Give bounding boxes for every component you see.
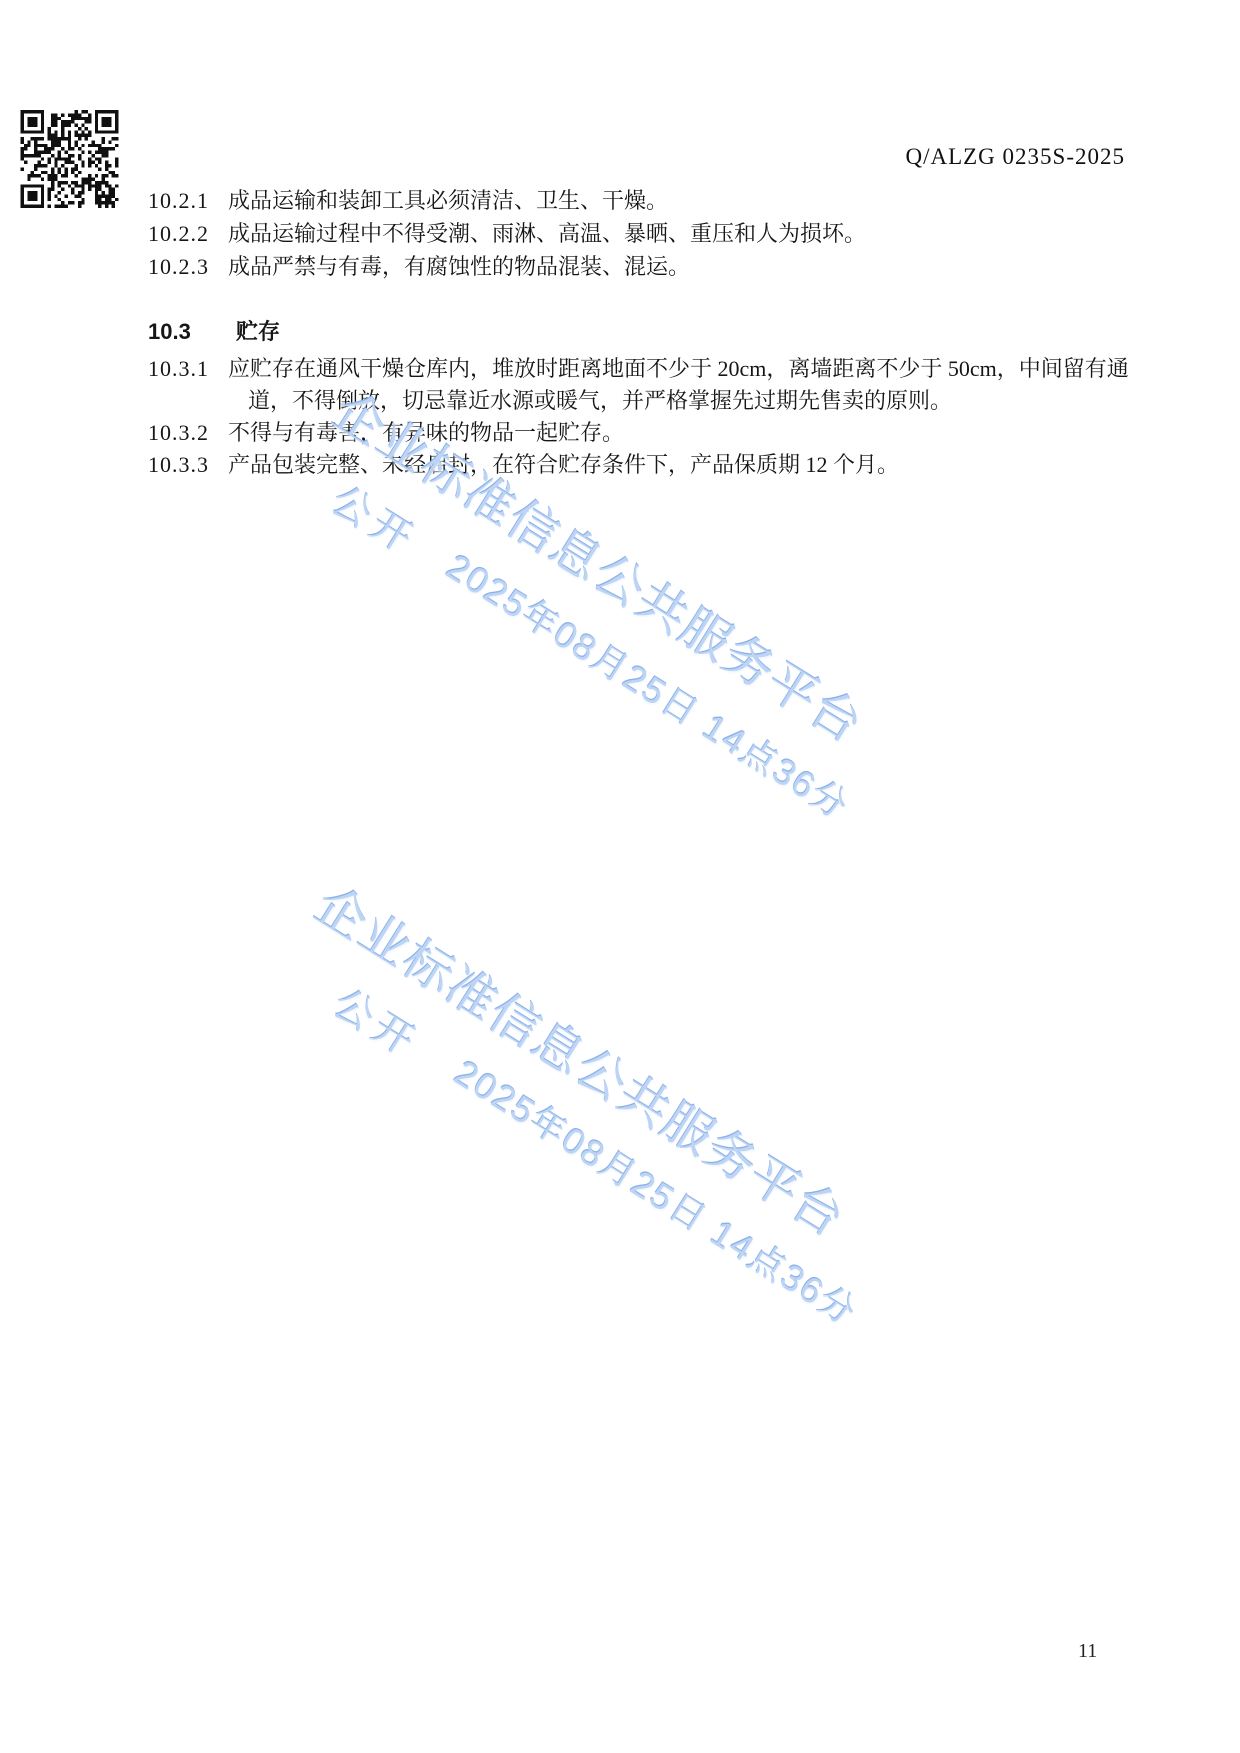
clause-text: 道，不得倒放，切忌靠近水源或暖气，并严格掌握先过期先售卖的原则。	[248, 388, 952, 413]
clause-text: 贮存	[236, 319, 280, 344]
clause-number: 10.2.2	[148, 221, 228, 247]
clause-heading: 10.3贮存	[148, 319, 280, 345]
clause-number: 10.2.3	[148, 254, 228, 280]
clause-text: 成品严禁与有毒，有腐蚀性的物品混装、混运。	[228, 254, 690, 279]
clause-text: 产品包装完整、未经启封，在符合贮存条件下，产品保质期 12 个月。	[228, 452, 899, 477]
document-page: Q/ALZG 0235S-2025 10.2.1成品运输和装卸工具必须清洁、卫生…	[0, 0, 1240, 1753]
watermark-public-label: 公开	[322, 470, 430, 567]
clause-number: 10.3.3	[148, 452, 228, 478]
clause-line: 10.2.2成品运输过程中不得受潮、雨淋、高温、暴晒、重压和人为损坏。	[148, 221, 866, 247]
clause-number: 10.3.2	[148, 420, 228, 446]
standard-number: Q/ALZG 0235S-2025	[905, 144, 1125, 170]
clause-line: 10.2.1成品运输和装卸工具必须清洁、卫生、干燥。	[148, 188, 668, 214]
clause-text: 不得与有毒害，有异味的物品一起贮存。	[228, 420, 624, 445]
clause-text: 成品运输和装卸工具必须清洁、卫生、干燥。	[228, 188, 668, 213]
clause-line: 10.3.1应贮存在通风干燥仓库内，堆放时距离地面不少于 20cm，离墙距离不少…	[148, 356, 1129, 382]
watermark-timestamp: 2025年08月25日 14点36分	[446, 1046, 868, 1336]
watermark-timestamp: 2025年08月25日 14点36分	[438, 540, 860, 830]
clause-line: 10.3.3产品包装完整、未经启封，在符合贮存条件下，产品保质期 12 个月。	[148, 452, 899, 478]
clause-number: 10.3	[148, 319, 236, 345]
watermark-public-label: 公开	[324, 973, 432, 1070]
clause-line: 10.3.2不得与有毒害，有异味的物品一起贮存。	[148, 420, 624, 446]
qr-code	[20, 110, 119, 208]
clause-line: 10.2.3成品严禁与有毒，有腐蚀性的物品混装、混运。	[148, 254, 690, 280]
clause-line: 道，不得倒放，切忌靠近水源或暖气，并严格掌握先过期先售卖的原则。	[248, 388, 952, 414]
watermark-platform-text: 企业标准信息公共服务平台	[304, 866, 861, 1251]
clause-text: 应贮存在通风干燥仓库内，堆放时距离地面不少于 20cm，离墙距离不少于 50cm…	[228, 356, 1129, 381]
clause-text: 成品运输过程中不得受潮、雨淋、高温、暴晒、重压和人为损坏。	[228, 221, 866, 246]
page-number: 11	[1078, 1640, 1097, 1663]
clause-number: 10.2.1	[148, 188, 228, 214]
clause-number: 10.3.1	[148, 356, 228, 382]
